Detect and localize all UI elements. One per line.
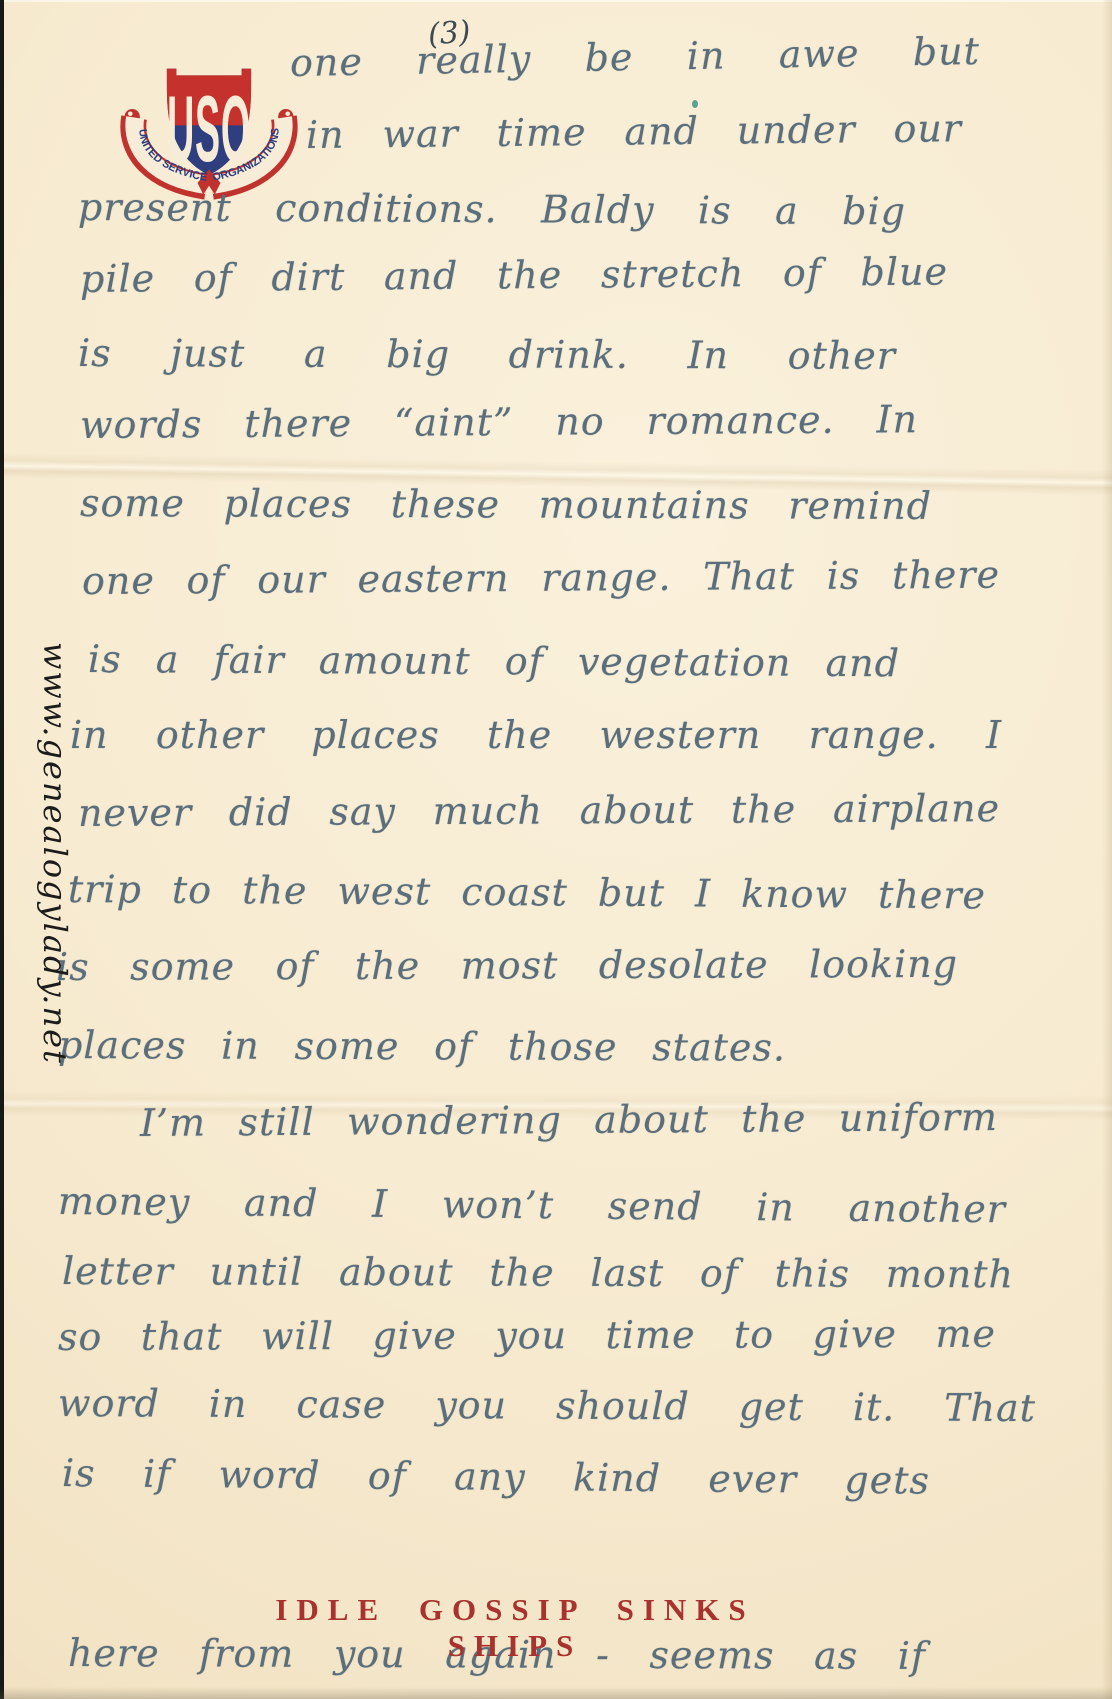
handwritten-line: pile of dirt and the stretch of blue: [80, 248, 948, 302]
handwritten-line: places in some of those states.: [58, 1022, 786, 1071]
handwritten-line: is a fair amount of vegetation and: [88, 636, 900, 686]
handwritten-line: word in case you should get it. That: [58, 1380, 1036, 1431]
handwritten-line: never did say much about the airplane: [78, 785, 1000, 836]
handwritten-line: in war time and under our: [306, 105, 962, 158]
watermark-url: www.genealogylady.net: [36, 642, 74, 1065]
handwritten-line: is some of the most desolate looking: [56, 941, 958, 990]
handwritten-line: present conditions. Baldy is a big: [78, 184, 906, 234]
handwritten-line: trip to the west coast but I know there: [68, 866, 986, 918]
censorship-slogan: IDLE GOSSIP SINKS SHIPS: [210, 1592, 820, 1664]
handwritten-line: money and I won’t send in another: [58, 1178, 1006, 1232]
paper-edge-right: [1102, 0, 1112, 1699]
handwritten-line: is if word of any kind ever gets: [62, 1450, 930, 1504]
paper-edge-bottom: [0, 1687, 1112, 1699]
handwritten-line: letter until about the last of this mont…: [62, 1248, 1014, 1297]
scan-edge-top: [0, 0, 1112, 2]
handwritten-line: so that will give you time to give me: [58, 1311, 996, 1360]
scanned-letter-page: { "page": { "page_number": "(3)", "water…: [0, 0, 1112, 1699]
handwritten-line: in other places the western range. I: [70, 712, 1002, 758]
handwritten-line: one of our eastern range. That is there: [82, 552, 1000, 604]
handwritten-line: words there “aint” no romance. In: [80, 396, 918, 448]
handwritten-line: is just a big drink. In other: [78, 330, 896, 379]
scan-edge-left: [0, 0, 4, 1699]
handwritten-line: some places these mountains remind: [80, 480, 932, 529]
ink-speck: [692, 100, 698, 108]
handwritten-line: I’m still wondering about the uniform: [140, 1094, 998, 1146]
